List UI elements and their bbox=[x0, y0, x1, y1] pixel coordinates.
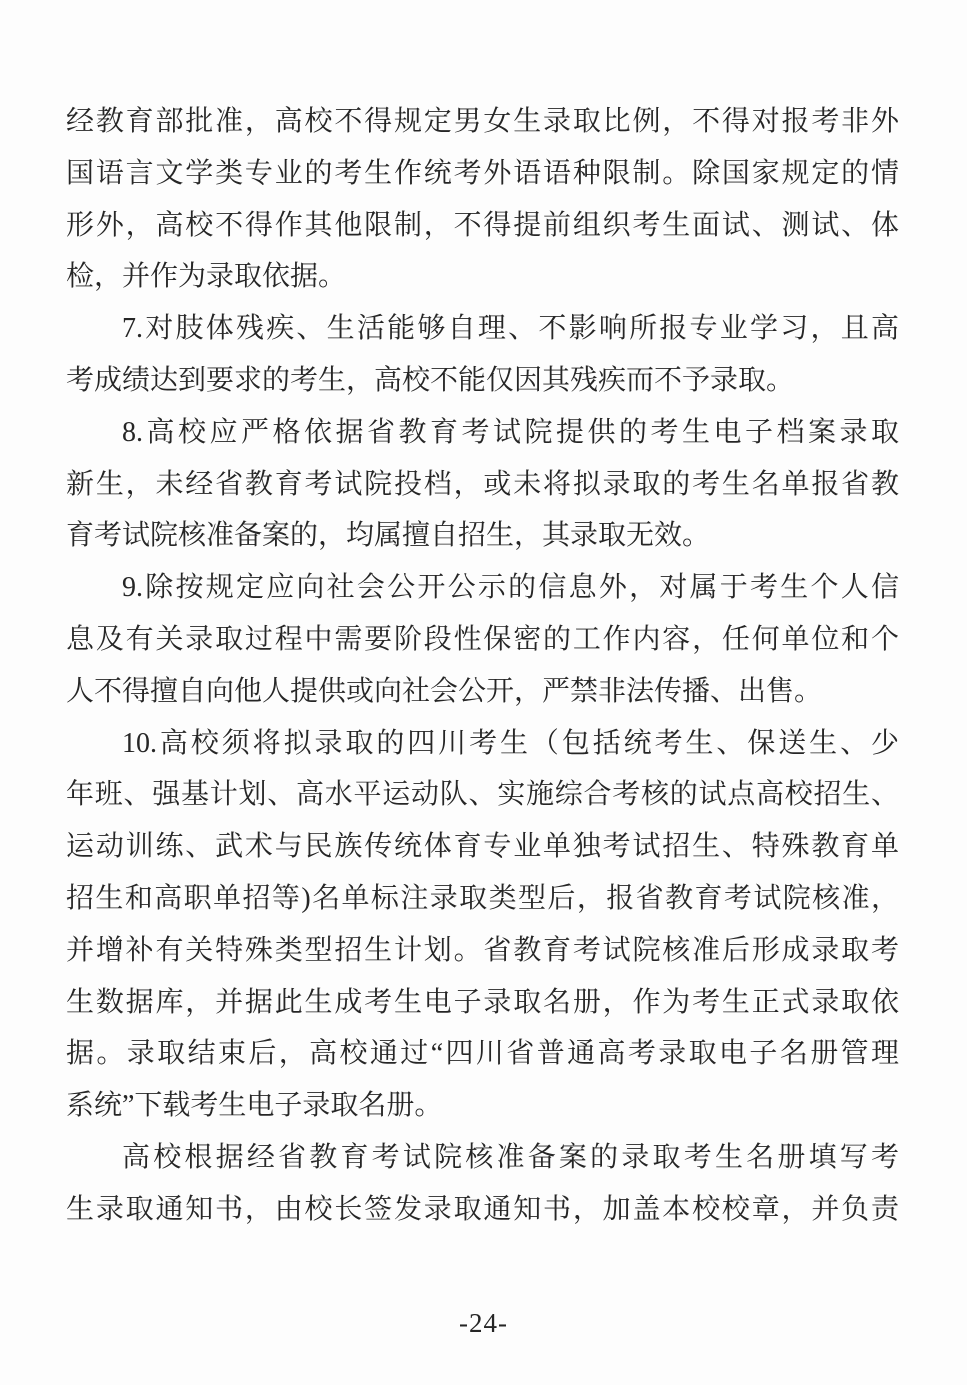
text-line: 人不得擅自向他人提供或向社会公开，严禁非法传播、出售。 bbox=[66, 666, 899, 718]
text-line: 国语言文学类专业的考生作统考外语语种限制。除国家规定的情 bbox=[66, 148, 899, 200]
text-line: 经教育部批准，高校不得规定男女生录取比例，不得对报考非外 bbox=[66, 96, 899, 148]
text-line: 生数据库，并据此生成考生电子录取名册，作为考生正式录取依 bbox=[66, 977, 899, 1029]
paragraph: 8.高校应严格依据省教育考试院提供的考生电子档案录取新生，未经省教育考试院投档，… bbox=[66, 407, 899, 562]
text-line: 考成绩达到要求的考生，高校不能仅因其残疾而不予录取。 bbox=[66, 355, 899, 407]
text-line: 8.高校应严格依据省教育考试院提供的考生电子档案录取 bbox=[66, 407, 899, 459]
document-body: 经教育部批准，高校不得规定男女生录取比例，不得对报考非外国语言文学类专业的考生作… bbox=[66, 96, 899, 1236]
text-line: 高校根据经省教育考试院核准备案的录取考生名册填写考 bbox=[66, 1132, 899, 1184]
paragraph: 10.高校须将拟录取的四川考生（包括统考生、保送生、少年班、强基计划、高水平运动… bbox=[66, 718, 899, 1132]
text-line: 系统”下载考生电子录取名册。 bbox=[66, 1080, 899, 1132]
text-line: 形外，高校不得作其他限制，不得提前组织考生面试、测试、体 bbox=[66, 200, 899, 252]
text-line: 据。录取结束后，高校通过“四川省普通高考录取电子名册管理 bbox=[66, 1028, 899, 1080]
text-line: 息及有关录取过程中需要阶段性保密的工作内容，任何单位和个 bbox=[66, 614, 899, 666]
text-line: 9.除按规定应向社会公开公示的信息外，对属于考生个人信 bbox=[66, 562, 899, 614]
text-line: 10.高校须将拟录取的四川考生（包括统考生、保送生、少 bbox=[66, 718, 899, 770]
paragraph: 9.除按规定应向社会公开公示的信息外，对属于考生个人信息及有关录取过程中需要阶段… bbox=[66, 562, 899, 717]
paragraph: 高校根据经省教育考试院核准备案的录取考生名册填写考生录取通知书，由校长签发录取通… bbox=[66, 1132, 899, 1236]
text-line: 7.对肢体残疾、生活能够自理、不影响所报专业学习，且高 bbox=[66, 303, 899, 355]
text-line: 并增补有关特殊类型招生计划。省教育考试院核准后形成录取考 bbox=[66, 925, 899, 977]
text-line: 招生和高职单招等)名单标注录取类型后，报省教育考试院核准， bbox=[66, 873, 899, 925]
text-line: 检，并作为录取依据。 bbox=[66, 251, 899, 303]
text-line: 新生，未经省教育考试院投档，或未将拟录取的考生名单报省教 bbox=[66, 459, 899, 511]
text-line: 育考试院核准备案的，均属擅自招生，其录取无效。 bbox=[66, 510, 899, 562]
text-line: 运动训练、武术与民族传统体育专业单独考试招生、特殊教育单 bbox=[66, 821, 899, 873]
page-number: -24- bbox=[0, 1308, 967, 1339]
text-line: 生录取通知书，由校长签发录取通知书，加盖本校校章，并负责 bbox=[66, 1184, 899, 1236]
paragraph: 经教育部批准，高校不得规定男女生录取比例，不得对报考非外国语言文学类专业的考生作… bbox=[66, 96, 899, 303]
paragraph: 7.对肢体残疾、生活能够自理、不影响所报专业学习，且高考成绩达到要求的考生，高校… bbox=[66, 303, 899, 407]
text-line: 年班、强基计划、高水平运动队、实施综合考核的试点高校招生、 bbox=[66, 769, 899, 821]
